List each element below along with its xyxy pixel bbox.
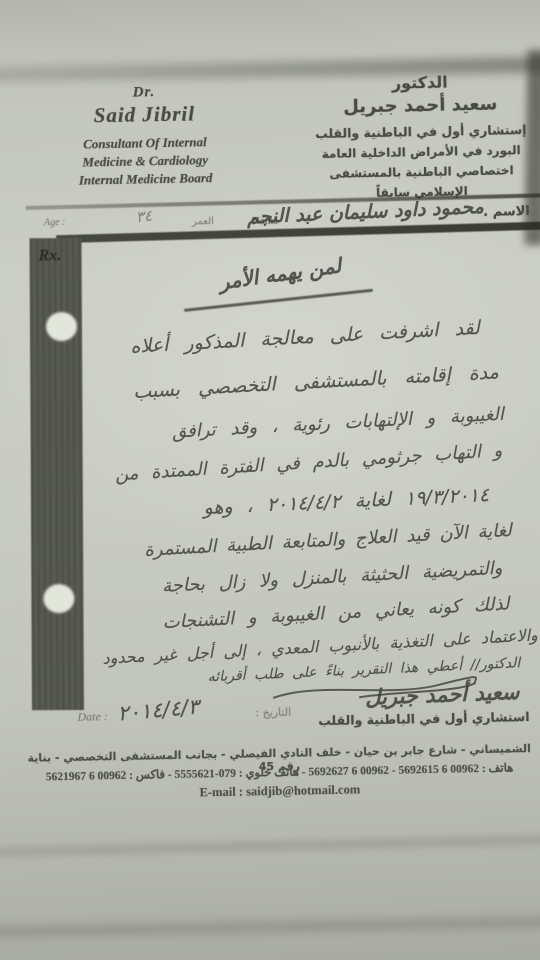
name-label-ar: الاسم . xyxy=(483,204,530,220)
age-label-ar: العمر xyxy=(192,216,214,227)
handwritten-line-7: والتمريضية الحثيثة بالمنزل ولا زال بحاجة xyxy=(162,558,503,597)
handwritten-line-5: ١٩/٣/٢٠١٤ لغاية ٢٠١٤/٤/٢ ، وهو xyxy=(203,484,490,519)
handwritten-line-4: و التهاب جرثومي بالدم في الفترة الممتدة … xyxy=(114,440,502,485)
age-label-en: Age : xyxy=(44,217,66,228)
letterhead-arabic-title: الدكتور xyxy=(302,71,537,95)
letterhead-english: Dr. Said Jibril Consultant Of Internal M… xyxy=(41,82,248,190)
patient-name-row: Age : ٣٤ العمر Name محمود داود سليمان عب… xyxy=(0,198,536,242)
handwritten-line-1: لقد اشرفت على معالجة المذكور أعلاه xyxy=(130,317,480,358)
photo-of-document: Dr. Said Jibril Consultant Of Internal M… xyxy=(0,0,540,960)
handwritten-line-2: مدة إقامته بالمستشفى التخصصي بسبب xyxy=(133,361,500,403)
document-page: Dr. Said Jibril Consultant Of Internal M… xyxy=(0,0,540,960)
handwritten-heading: لمن يهمه الأمر xyxy=(218,253,343,294)
patient-name-handwritten: محمود داود سليمان عبد النجم xyxy=(246,196,484,229)
handwritten-line-3: الغيبوبة و الإلتهابات رئوية ، وقد ترافق xyxy=(171,404,504,443)
letterhead-arabic-name: سعيد أحمد جبريل xyxy=(303,93,538,119)
rx-label: Rx. xyxy=(38,247,61,265)
signature-flourish xyxy=(269,674,479,704)
date-label-ar: التاريخ : xyxy=(255,706,291,720)
punch-hole-bottom xyxy=(43,584,74,613)
letterhead-english-name: Said Jibril xyxy=(42,100,247,129)
date-label-en: Date : xyxy=(77,709,108,725)
letterhead-arabic: الدكتور سعيد أحمد جبريل إستشاري أول في ا… xyxy=(302,71,539,204)
heading-underline xyxy=(184,289,373,312)
letterhead-english-line3: Internal Medicine Board xyxy=(43,168,248,190)
punch-hole-top xyxy=(46,312,77,341)
age-value-handwritten: ٣٤ xyxy=(135,206,153,226)
date-value-handwritten: ٢٠١٤/٤/٣ xyxy=(116,695,200,726)
left-binding-strip xyxy=(30,238,84,710)
handwritten-line-8: لذلك كونه يعاني من الغيبوبة و التشنجات xyxy=(162,593,510,633)
handwritten-line-6: لغاية الآن قيد العلاج والمتابعة الطبية ا… xyxy=(144,520,513,561)
signature-title-printed: استشاري أول في الباطنية والقلب xyxy=(318,709,530,728)
footer-email: E-mail : saidjib@hotmail.com xyxy=(17,779,540,804)
